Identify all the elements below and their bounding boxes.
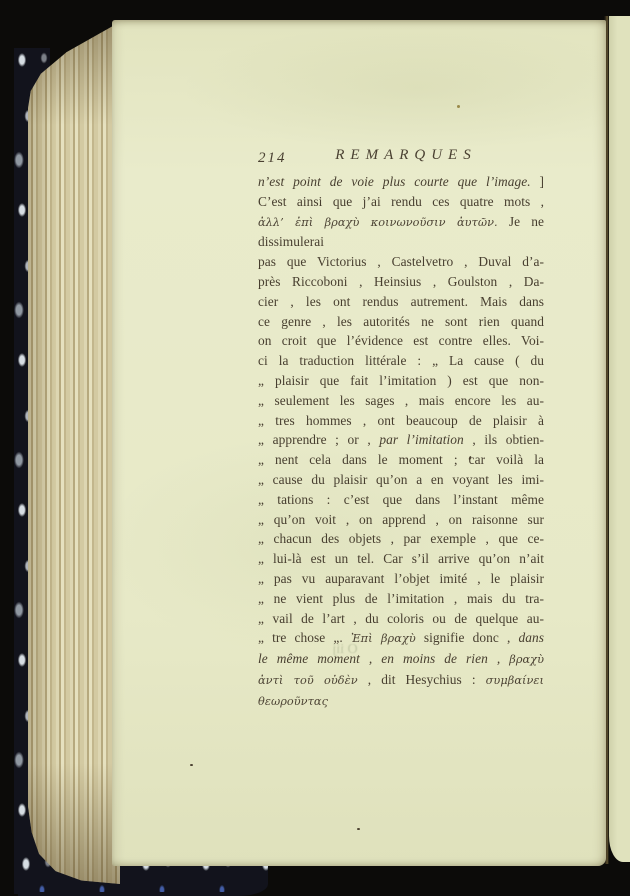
signature-ghost-showthrough: O iij — [310, 642, 380, 658]
text-line: „ pas vu auparavant l’objet imité , le p… — [258, 569, 544, 589]
text-line: „ plaisir que fait l’imitation ) est que… — [258, 371, 544, 391]
text-line: n’est point de voie plus courte que l’im… — [258, 172, 544, 192]
text-line: „ tations : c’est que dans l’instant mêm… — [258, 490, 544, 510]
text-line: „ lui-là est un tel. Car s’il arrive qu’… — [258, 549, 544, 569]
text-line: C’est ainsi que j’ai rendu ces quatre mo… — [258, 192, 544, 212]
text-block: 214 REMARQUES n’est point de voie plus c… — [258, 147, 544, 712]
ink-speck — [357, 828, 360, 830]
text-line: le même moment , en moins de rien , βραχ… — [258, 649, 544, 670]
text-line: pas que Victorius , Castelvetro , Duval … — [258, 252, 544, 272]
text-line: ἀντὶ τοῦ οὐδὲν , dit Hesychius : συμβαίν… — [258, 670, 544, 712]
facing-page-sliver — [609, 16, 630, 862]
text-line: près Riccoboni , Heinsius , Goulston , D… — [258, 272, 544, 292]
page-number: 214 — [258, 150, 287, 167]
text-line: ἀλλ’ ἐπὶ βραχὺ κοινωνοῦσιν ἀυτῶν. Je ne … — [258, 212, 544, 253]
page-stack-fore-edge — [28, 22, 120, 884]
paper-stain — [457, 105, 460, 108]
book-photo-scene: 214 REMARQUES n’est point de voie plus c… — [0, 0, 630, 896]
text-line: „ seulement les sages , mais encore les … — [258, 391, 544, 411]
book-page: 214 REMARQUES n’est point de voie plus c… — [112, 20, 606, 866]
text-line: cier , les ont rendus autrement. Mais da… — [258, 292, 544, 312]
text-line: „ tres hommes , ont beaucoup de plaisir … — [258, 411, 544, 431]
body-lines: n’est point de voie plus courte que l’im… — [258, 172, 544, 712]
text-line: „ cause du plaisir qu’on a en voyant les… — [258, 470, 544, 490]
text-line: ci la traduction littérale : „ La cause … — [258, 351, 544, 371]
text-line: „ tre chose „. Ἐπὶ βραχὺ signifie donc ,… — [258, 628, 544, 649]
text-line: ce genre , les autorités ne sont rien qu… — [258, 312, 544, 332]
text-line: „ apprendre ; or , par l’imitation , ils… — [258, 430, 544, 450]
text-line: on croit que l’évidence est contre elles… — [258, 331, 544, 351]
text-line: „ nent cela dans le moment ; car voilà l… — [258, 450, 544, 470]
text-line: „ ne vient plus de l’imitation , mais du… — [258, 589, 544, 609]
text-line: „ vail de l’art , du coloris ou de quelq… — [258, 609, 544, 629]
ink-speck — [190, 764, 193, 766]
running-title: REMARQUES — [258, 147, 544, 164]
text-line: „ qu’on voit , on apprend , on raisonne … — [258, 510, 544, 530]
running-head: 214 REMARQUES — [258, 147, 544, 171]
text-line: „ chacun des objets , par exemple , que … — [258, 529, 544, 549]
